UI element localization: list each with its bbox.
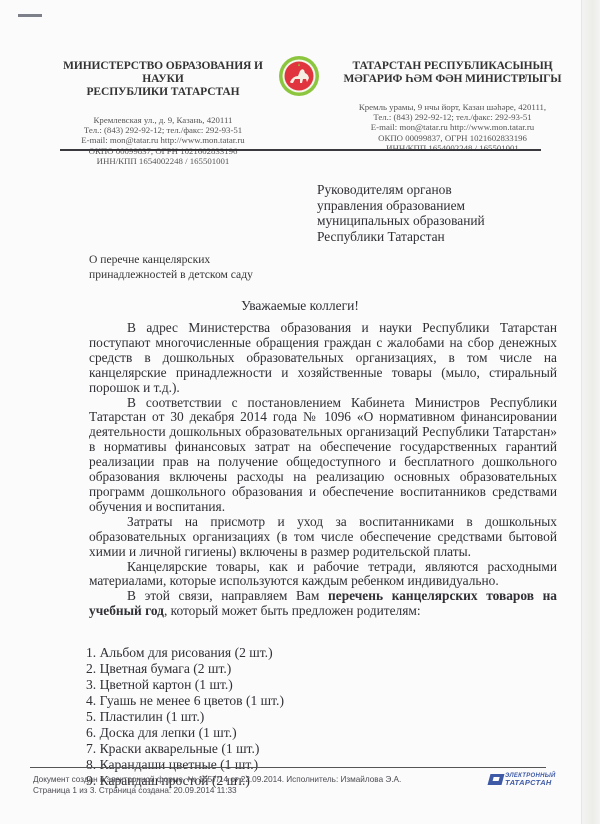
- scan-mark: [18, 14, 42, 17]
- address: Кремль урамы, 9 нчы йорт, Казан шәһәре, …: [335, 102, 570, 112]
- electronic-tatarstan-logo: ЭЛЕКТРОННЫЙ ТАТАРСТАН: [489, 773, 556, 786]
- email-web: E-mail: mon@tatar.ru http://www.mon.tata…: [58, 135, 268, 145]
- paragraph: В этой связи, направляем Вам перечень ка…: [89, 589, 557, 619]
- paragraph: В адрес Министерства образования и науки…: [89, 321, 557, 396]
- list-item: 7. Краски акварельные (1 шт.): [86, 741, 284, 757]
- document-footer: Документ создан в электронной форме. № 1…: [33, 774, 401, 796]
- letter-body: В адрес Министерства образования и науки…: [89, 321, 557, 619]
- letter-subject: О перечне канцелярских принадлежностей в…: [89, 253, 253, 282]
- list-item: 1. Альбом для рисования (2 шт.): [86, 645, 284, 661]
- list-item: 5. Пластилин (1 шт.): [86, 709, 284, 725]
- list-item: 6. Доска для лепки (1 шт.): [86, 725, 284, 741]
- inn-kpp: ИНН/КПП 1654002248 / 165501001: [58, 156, 268, 166]
- ministry-name-ru: МИНИСТЕРСТВО ОБРАЗОВАНИЯ И НАУКИ РЕСПУБЛ…: [58, 60, 268, 99]
- list-item: 4. Гуашь не менее 6 цветов (1 шт.): [86, 693, 284, 709]
- ministry-name-tt: ТАТАРСТАН РЕСПУБЛИКАСЫНЫҢ МӘГАРИФ ҺӘМ ФӘ…: [335, 60, 570, 86]
- phone: Тел.: (843) 292-92-12; тел./факс: 292-93…: [335, 112, 570, 122]
- address: Кремлевская ул., д. 9, Казань, 420111: [58, 115, 268, 125]
- okpo-ogrn: ОКПО 00099837, ОГРН 1021602833196: [335, 133, 570, 143]
- paragraph: В соответствии с постановлением Кабинета…: [89, 396, 557, 515]
- phone: Тел.: (843) 292-92-12; тел./факс: 292-93…: [58, 125, 268, 135]
- letter-page: МИНИСТЕРСТВО ОБРАЗОВАНИЯ И НАУКИ РЕСПУБЛ…: [0, 0, 600, 824]
- ministry-contacts-tt: Кремль урамы, 9 нчы йорт, Казан шәһәре, …: [335, 102, 570, 153]
- header-divider: [60, 149, 541, 151]
- inn-kpp: ИНН/КПП 1654002248 / 165501001: [335, 143, 570, 153]
- list-item: 2. Цветная бумага (2 шт.): [86, 661, 284, 677]
- addressee-block: Руководителям органов управления образов…: [317, 182, 485, 244]
- email-web: E-mail: mon@tatar.ru http://www.mon.tata…: [335, 122, 570, 132]
- paragraph: Канцелярские товары, как и рабочие тетра…: [89, 560, 557, 590]
- ministry-header-tatar: ТАТАРСТАН РЕСПУБЛИКАСЫНЫҢ МӘГАРИФ ҺӘМ ФӘ…: [335, 60, 570, 153]
- list-item: 8. Карандаши цветные (1 шт.): [86, 757, 284, 773]
- footer-page-info: Страница 1 из 3. Страница создана: 20.09…: [33, 785, 401, 796]
- list-item: 3. Цветной картон (1 шт.): [86, 677, 284, 693]
- scan-edge: [581, 0, 600, 824]
- greeting: Уважаемые коллеги!: [0, 298, 600, 314]
- etat-logo-icon: [488, 774, 505, 785]
- footer-doc-info: Документ создан в электронной форме. № 1…: [33, 774, 401, 785]
- footer-divider: [30, 767, 546, 768]
- paragraph: Затраты на присмотр и уход за воспитанни…: [89, 515, 557, 560]
- tatarstan-emblem-icon: [278, 55, 320, 97]
- ministry-contacts-ru: Кремлевская ул., д. 9, Казань, 420111 Те…: [58, 115, 268, 166]
